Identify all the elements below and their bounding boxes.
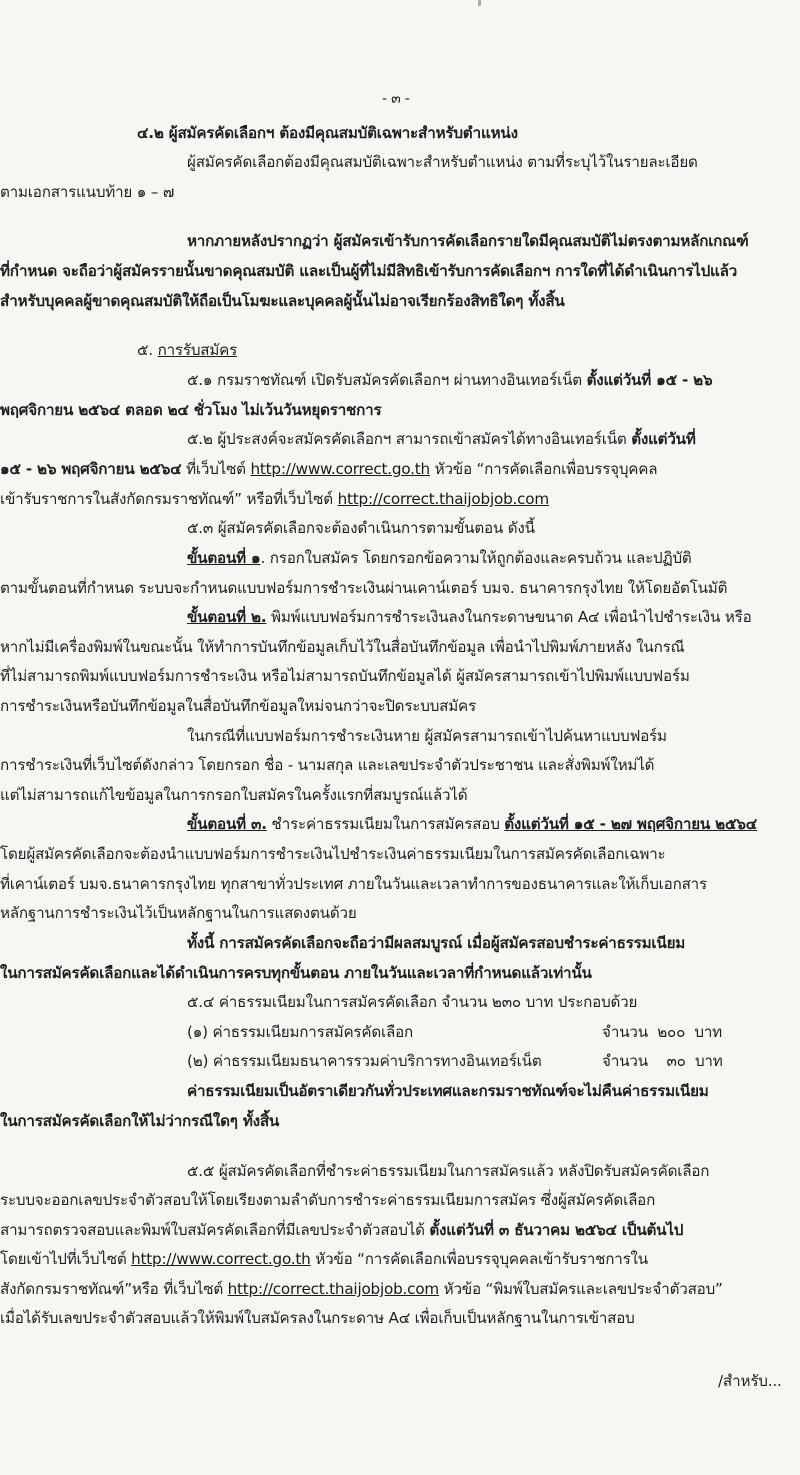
section-5-5-cont: เมื่อได้รับเลขประจำตัวสอบแล้วให้พิมพ์ใบส…	[0, 1307, 635, 1329]
text: หัวข้อ “พิมพ์ใบสมัครและเลขประจำตัวสอบ”	[439, 1280, 723, 1298]
thaijobjob-link[interactable]: http://correct.thaijobjob.com	[338, 490, 549, 508]
text: หัวข้อ “การคัดเลือกเพื่อบรรจุบุคคล	[430, 460, 657, 478]
step-2: ขั้นตอนที่ ๒. พิมพ์แบบฟอร์มการชำระเงินลง…	[187, 606, 752, 628]
section-5-1: ๕.๑ กรมราชทัณฑ์ เปิดรับสมัครคัดเลือกฯ ผ่…	[187, 369, 712, 391]
lost-form-text: การชำระเงินที่เว็บไซต์ดังกล่าว โดยกรอก ช…	[0, 754, 654, 776]
text: สังกัดกรมราชทัณฑ์”หรือ ที่เว็บไซต์	[0, 1280, 228, 1298]
section-5-2-cont: เข้ารับราชการในสังกัดกรมราชทัณฑ์” หรือที…	[0, 488, 549, 510]
step-3-label: ขั้นตอนที่ ๓.	[187, 815, 267, 833]
step-3-cont: หลักฐานการชำระเงินไว้เป็นหลักฐานในการแสด…	[0, 902, 357, 924]
section-5-2-cont: ๑๕ - ๒๖ พฤศจิกายน ๒๕๖๔ ที่เว็บไซต์ http:…	[0, 458, 657, 480]
section-4-2-body: ตามเอกสารแนบท้าย ๑ – ๗	[0, 181, 174, 203]
correct-go-th-link[interactable]: http://www.correct.go.th	[250, 460, 430, 478]
document-page: - ๓ - ๔.๒ ผู้สมัครคัดเลือกฯ ต้องมีคุณสมบ…	[0, 0, 800, 1475]
section-5-heading: ๕. การรับสมัคร	[137, 339, 237, 361]
step-3: ขั้นตอนที่ ๓. ชำระค่าธรรมเนียมในการสมัคร…	[187, 813, 757, 835]
disqualification-text: ที่กำหนด จะถือว่าผู้สมัครรายนั้นขาดคุณสม…	[0, 260, 737, 282]
lost-form-text: แต่ไม่สามารถแก้ไขข้อมูลในการกรอกใบสมัครใ…	[0, 784, 467, 806]
section-5-3-intro: ๕.๓ ผู้สมัครคัดเลือกจะต้องดำเนินการตามขั…	[187, 517, 535, 539]
page-number: - ๓ -	[382, 88, 410, 110]
amount: ๒๐๐	[657, 1023, 685, 1041]
thaijobjob-link[interactable]: http://correct.thaijobjob.com	[228, 1280, 439, 1298]
step-3-cont: โดยผู้สมัครคัดเลือกจะต้องนำแบบฟอร์มการชำ…	[0, 843, 666, 865]
section-4-2-body: ผู้สมัครคัดเลือกต้องมีคุณสมบัติเฉพาะสำหร…	[187, 151, 698, 173]
step-2-cont: ที่ไม่สามารถพิมพ์แบบฟอร์มการชำระเงิน หรื…	[0, 665, 690, 687]
step-1-label: ขั้นตอนที่ ๑	[187, 549, 260, 567]
section-5-5: ๕.๕ ผู้สมัครคัดเลือกที่ชำระค่าธรรมเนียมใ…	[187, 1160, 709, 1182]
continuation-marker: /สำหรับ...	[718, 1370, 782, 1392]
section-5-5-cont: โดยเข้าไปที่เว็บไซต์ http://www.correct.…	[0, 1248, 648, 1270]
section-5-5-cont: ระบบจะออกเลขประจำตัวสอบให้โดยเรียงตามลำด…	[0, 1189, 655, 1211]
text: ๕.๒ ผู้ประสงค์จะสมัครคัดเลือกฯ สามารถเข้…	[187, 430, 631, 448]
text: . กรอกใบสมัคร โดยกรอกข้อความให้ถูกต้องแล…	[260, 549, 691, 567]
text: ชำระค่าธรรมเนียมในการสมัครสอบ	[267, 815, 504, 833]
text: ๕.๑ กรมราชทัณฑ์ เปิดรับสมัครคัดเลือกฯ ผ่…	[187, 371, 587, 389]
step-1-cont: ตามขั้นตอนที่กำหนด ระบบจะกำหนดแบบฟอร์มกา…	[0, 577, 727, 599]
text: โดยเข้าไปที่เว็บไซต์	[0, 1250, 131, 1268]
section-5-4-intro: ๕.๔ ค่าธรรมเนียมในการสมัครคัดเลือก จำนวน…	[187, 991, 637, 1013]
unit: บาท	[695, 1052, 723, 1070]
date-range: ๑๕ - ๒๖ พฤศจิกายน ๒๕๖๔	[0, 460, 181, 478]
disqualification-text: หากภายหลังปรากฏว่า ผู้สมัครเข้ารับการคัด…	[187, 230, 748, 252]
completion-note: ในการสมัครคัดเลือกและได้ดำเนินการครบทุกข…	[0, 962, 592, 984]
fee-item-label: (๒) ค่าธรรมเนียมธนาคารรวมค่าบริการทางอิน…	[187, 1050, 542, 1072]
date-range: ตั้งแต่วันที่ ๑๕ - ๒๗ พฤศจิกายน ๒๕๖๔	[504, 815, 757, 833]
completion-note: ทั้งนี้ การสมัครคัดเลือกจะถือว่ามีผลสมบู…	[187, 932, 685, 954]
section-5-2: ๕.๒ ผู้ประสงค์จะสมัครคัดเลือกฯ สามารถเข้…	[187, 428, 696, 450]
section-5-5-cont: สามารถตรวจสอบและพิมพ์ใบสมัครคัดเลือกที่ม…	[0, 1219, 683, 1241]
text: เข้ารับราชการในสังกัดกรมราชทัณฑ์” หรือที…	[0, 490, 338, 508]
date-label: ตั้งแต่วันที่	[631, 430, 695, 448]
disqualification-text: สำหรับบุคคลผู้ขาดคุณสมบัติให้ถือเป็นโมฆะ…	[0, 290, 565, 312]
fee-item-label: (๑) ค่าธรรมเนียมการสมัครคัดเลือก	[187, 1021, 413, 1043]
step-2-cont: การชำระเงินหรือบันทึกข้อมูลในสื่อบันทึกข…	[0, 695, 476, 717]
step-2-cont: หากไม่มีเครื่องพิมพ์ในขณะนั้น ให้ทำการบั…	[0, 636, 684, 658]
lost-form-text: ในกรณีที่แบบฟอร์มการชำระเงินหาย ผู้สมัคร…	[187, 725, 667, 747]
section-5-5-cont: สังกัดกรมราชทัณฑ์”หรือ ที่เว็บไซต์ http:…	[0, 1278, 723, 1300]
section-5-1-cont: พฤศจิกายน ๒๕๖๔ ตลอด ๒๔ ชั่วโมง ไม่เว้นวั…	[0, 399, 381, 421]
step-2-label: ขั้นตอนที่ ๒.	[187, 608, 266, 626]
text: จำนวน	[602, 1052, 648, 1070]
text: พิมพ์แบบฟอร์มการชำระเงินลงในกระดาษขนาด A…	[266, 608, 751, 626]
text: สามารถตรวจสอบและพิมพ์ใบสมัครคัดเลือกที่ม…	[0, 1221, 429, 1239]
unit: บาท	[694, 1023, 722, 1041]
section-5-number: ๕.	[137, 341, 153, 359]
correct-go-th-link[interactable]: http://www.correct.go.th	[131, 1250, 311, 1268]
section-4-2-heading: ๔.๒ ผู้สมัครคัดเลือกฯ ต้องมีคุณสมบัติเฉพ…	[137, 122, 518, 144]
text: จำนวน	[602, 1023, 648, 1041]
text: หัวข้อ “การคัดเลือกเพื่อบรรจุบุคคลเข้ารั…	[311, 1250, 648, 1268]
fee-item-amount: จำนวน ๓๐ บาท	[602, 1050, 723, 1072]
amount: ๓๐	[666, 1052, 685, 1070]
date-range: ตั้งแต่วันที่ ๑๕ - ๒๖	[587, 371, 713, 389]
section-5-title: การรับสมัคร	[158, 341, 237, 359]
scan-mark	[478, 0, 481, 6]
date: ตั้งแต่วันที่ ๓ ธันวาคม ๒๕๖๔ เป็นต้นไป	[429, 1221, 683, 1239]
step-3-cont: ที่เคาน์เตอร์ บมจ.ธนาคารกรุงไทย ทุกสาขาท…	[0, 873, 707, 895]
fee-note: ค่าธรรมเนียมเป็นอัตราเดียวกันทั่วประเทศแ…	[187, 1080, 709, 1102]
text: ที่เว็บไซต์	[181, 460, 250, 478]
fee-note: ในการสมัครคัดเลือกให้ไม่ว่ากรณีใดๆ ทั้งส…	[0, 1110, 279, 1132]
step-1: ขั้นตอนที่ ๑. กรอกใบสมัคร โดยกรอกข้อความ…	[187, 547, 692, 569]
fee-item-amount: จำนวน ๒๐๐ บาท	[602, 1021, 722, 1043]
